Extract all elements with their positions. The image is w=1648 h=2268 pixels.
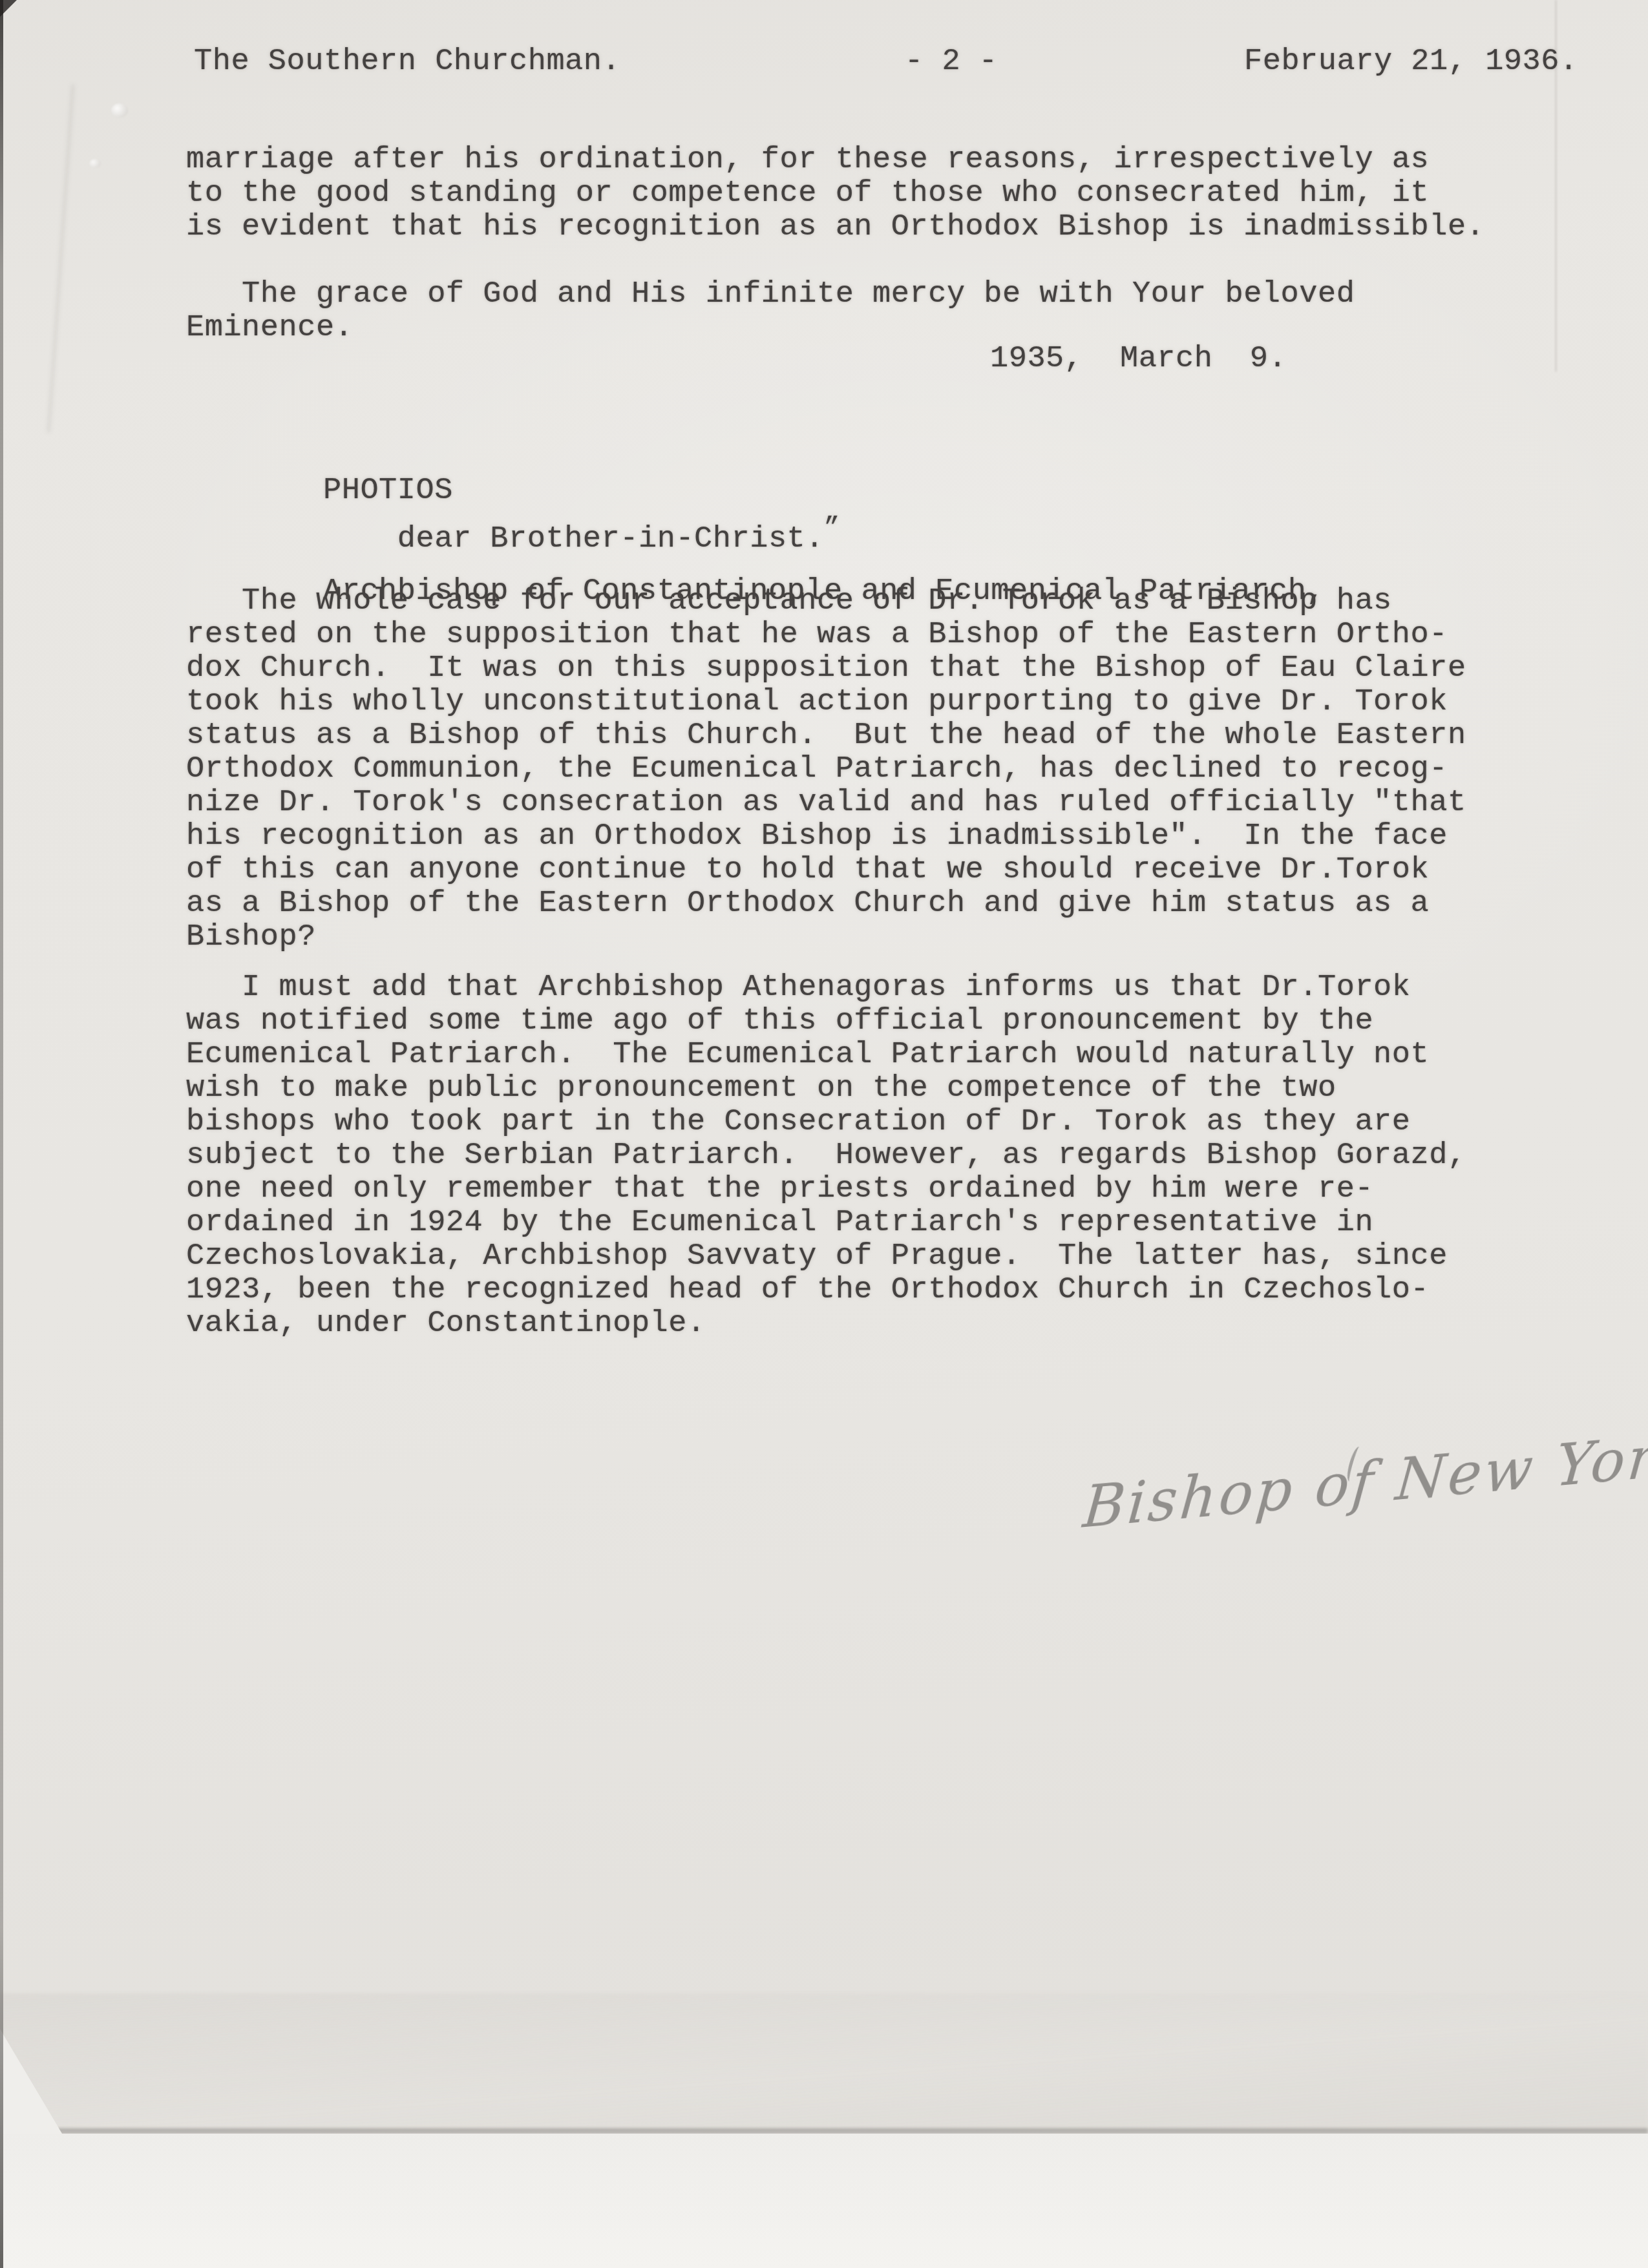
text-line: marriage after his ordination, for these… xyxy=(186,143,1484,177)
quote-mark: ” xyxy=(824,512,840,546)
text-line: one need only remember that the priests … xyxy=(186,1173,1466,1206)
scanned-document: The Southern Churchman. - 2 - February 2… xyxy=(0,0,1648,2268)
text-line: ordained in 1924 by the Ecumenical Patri… xyxy=(186,1206,1466,1240)
text-line: wish to make public pronouncement on the… xyxy=(186,1072,1466,1106)
scanner-background xyxy=(0,2134,1648,2268)
text-line: subject to the Serbian Patriarch. Howeve… xyxy=(186,1139,1466,1173)
page-number: - 2 - xyxy=(905,45,998,79)
paper-texture-band xyxy=(0,1993,1648,2132)
paragraph-1: marriage after his ordination, for these… xyxy=(186,143,1484,244)
paragraph-2: The whole case for our acceptance of Dr.… xyxy=(186,585,1466,954)
closing-paragraph: The grace of God and His infinite mercy … xyxy=(186,278,1355,345)
paper-dimple xyxy=(111,103,128,118)
paragraph-3: I must add that Archbishop Athenagoras i… xyxy=(186,971,1466,1341)
text-line: took his wholly unconstitutional action … xyxy=(186,686,1466,719)
text-line: bishops who took part in the Consecratio… xyxy=(186,1106,1466,1139)
text-line: Bishop? xyxy=(186,921,1466,954)
text-line: vakia, under Constantinople. xyxy=(186,1307,1466,1341)
salutation-line: dear Brother-in-Christ.” xyxy=(323,489,840,591)
text-line: was notified some time ago of this offic… xyxy=(186,1005,1466,1038)
text-line: is evident that his recognition as an Or… xyxy=(186,211,1484,244)
publication-title: The Southern Churchman. xyxy=(194,45,620,79)
text-line: The whole case for our acceptance of Dr.… xyxy=(186,585,1466,618)
scan-left-edge xyxy=(0,0,3,2268)
page-header: The Southern Churchman. - 2 - February 2… xyxy=(0,45,1648,79)
text-line: as a Bishop of the Eastern Orthodox Chur… xyxy=(186,887,1466,921)
text-line: Ecumenical Patriarch. The Ecumenical Pat… xyxy=(186,1038,1466,1072)
text-line: rested on the supposition that he was a … xyxy=(186,618,1466,652)
text-line: of this can anyone continue to hold that… xyxy=(186,854,1466,887)
closing-date: 1935, March 9. xyxy=(990,342,1287,376)
text-line: his recognition as an Orthodox Bishop is… xyxy=(186,820,1466,854)
text-line: Eminence. xyxy=(186,311,1355,345)
scan-corner-artifact xyxy=(0,0,17,17)
salutation-text: dear Brother-in-Christ. xyxy=(397,522,824,556)
paper-dimple xyxy=(89,159,101,168)
text-line: status as a Bishop of this Church. But t… xyxy=(186,719,1466,753)
text-line: Orthodox Communion, the Ecumenical Patri… xyxy=(186,753,1466,786)
text-line: Czechoslovakia, Archbishop Savvaty of Pr… xyxy=(186,1240,1466,1274)
text-line: I must add that Archbishop Athenagoras i… xyxy=(186,971,1466,1005)
text-line: dox Church. It was on this supposition t… xyxy=(186,652,1466,686)
text-line: nize Dr. Torok's consecration as valid a… xyxy=(186,786,1466,820)
header-date: February 21, 1936. xyxy=(1244,45,1578,79)
text-line: 1923, been the recognized head of the Or… xyxy=(186,1274,1466,1307)
text-line: The grace of God and His infinite mercy … xyxy=(186,278,1355,311)
text-line: to the good standing or competence of th… xyxy=(186,177,1484,211)
